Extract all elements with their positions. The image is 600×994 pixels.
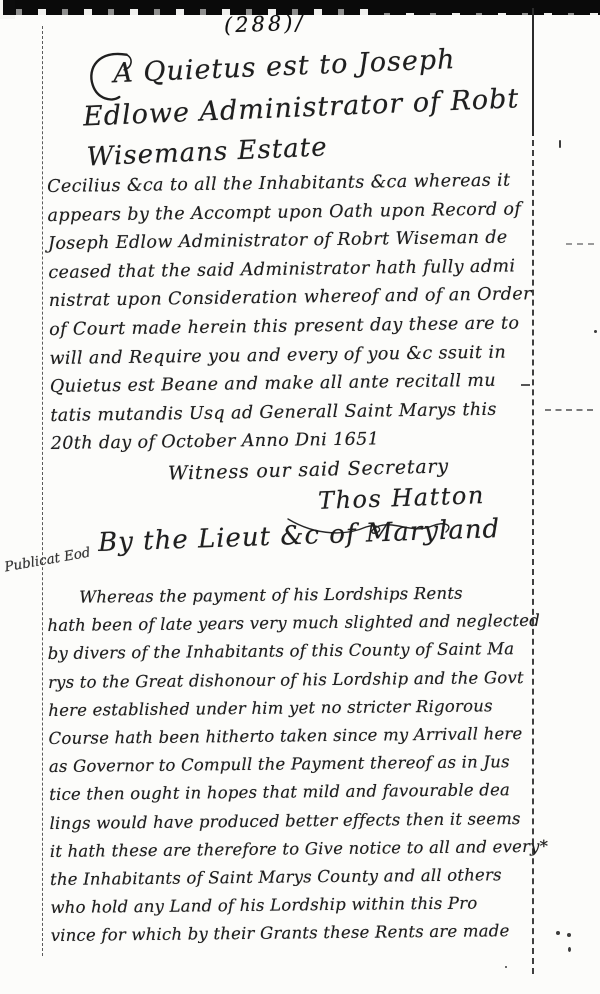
record-title: A Quietus est to Joseph Edlowe Administr…	[0, 0, 600, 185]
margin-note: Publicat Eod	[3, 545, 91, 576]
ink-speck	[556, 931, 560, 935]
stray-dash-mark	[545, 409, 593, 411]
manuscript-page: (288)/ A Quietus est to Joseph Edlowe Ad…	[0, 0, 600, 994]
title-line: A Quietus est to Joseph	[113, 44, 456, 89]
ink-speck	[567, 933, 571, 937]
secretary-signature: Thos Hatton	[318, 481, 486, 515]
writ-line: 20th day of October Anno Dni 1651	[51, 424, 534, 459]
writ-body-text: Cecilius &ca to all the Inhabitants &ca …	[47, 166, 534, 459]
ink-speck	[568, 947, 571, 952]
proclamation-line: vince for which by their Grants these Re…	[51, 917, 550, 950]
proclamation-body-text: Whereas the payment of his Lordships Ren…	[47, 579, 549, 951]
title-line: Wisemans Estate	[86, 132, 328, 172]
ink-speck	[594, 330, 597, 333]
attestation-line: Witness our said Secretary	[168, 455, 449, 484]
ink-speck	[505, 966, 507, 968]
stray-dash-mark	[566, 243, 594, 245]
section-heading: By the Lieut &c of Maryland	[98, 514, 501, 558]
title-line: Edlowe Administrator of Robt	[82, 83, 519, 132]
